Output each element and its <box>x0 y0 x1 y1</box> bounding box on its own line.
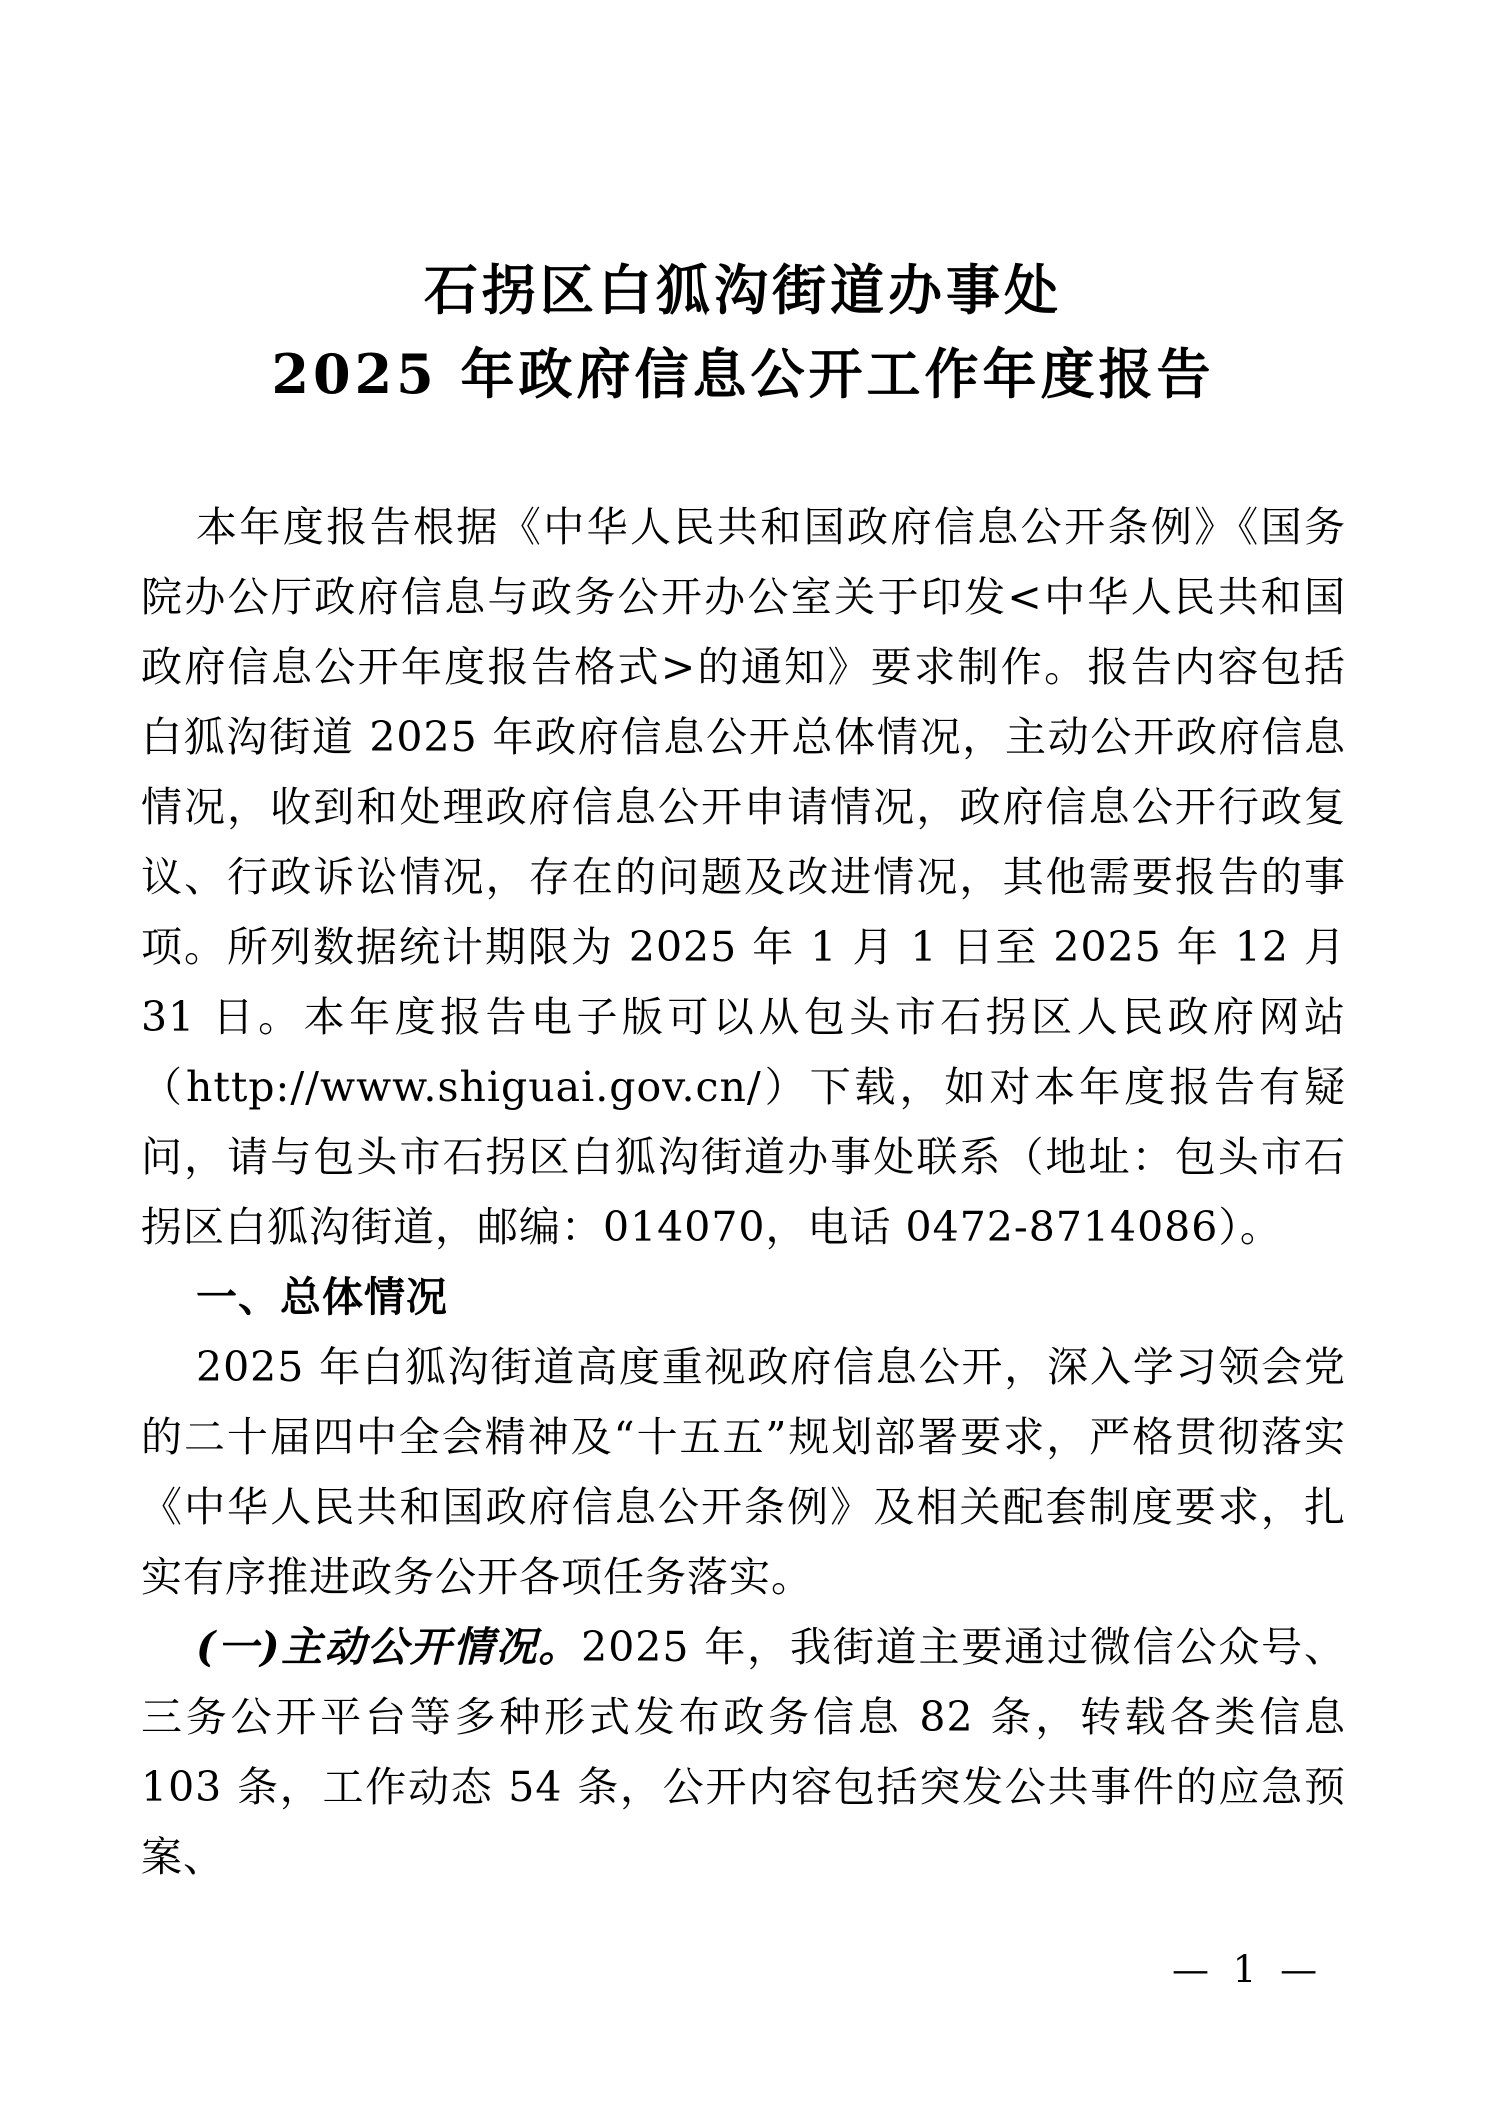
document-title: 石拐区白狐沟街道办事处 2025 年政府信息公开工作年度报告 <box>0 248 1486 416</box>
document-page: 石拐区白狐沟街道办事处 2025 年政府信息公开工作年度报告 本年度报告根据《中… <box>0 0 1486 2103</box>
page-number: — 1 — <box>1172 1948 1323 1992</box>
item1-label: (一)主动公开情况。 <box>196 1623 581 1671</box>
section1-heading: 一、总体情况 <box>141 1262 1346 1332</box>
item1-paragraph: (一)主动公开情况。2025 年，我街道主要通过微信公众号、三务公开平台等多种形… <box>141 1612 1346 1892</box>
document-title-line1: 石拐区白狐沟街道办事处 <box>0 248 1486 332</box>
document-title-line2: 2025 年政府信息公开工作年度报告 <box>0 332 1486 416</box>
document-body: 本年度报告根据《中华人民共和国政府信息公开条例》《国务院办公厅政府信息与政务公开… <box>141 492 1346 1892</box>
section1-overview-paragraph: 2025 年白狐沟街道高度重视政府信息公开，深入学习领会党的二十届四中全会精神及… <box>141 1332 1346 1612</box>
intro-paragraph: 本年度报告根据《中华人民共和国政府信息公开条例》《国务院办公厅政府信息与政务公开… <box>141 492 1346 1262</box>
